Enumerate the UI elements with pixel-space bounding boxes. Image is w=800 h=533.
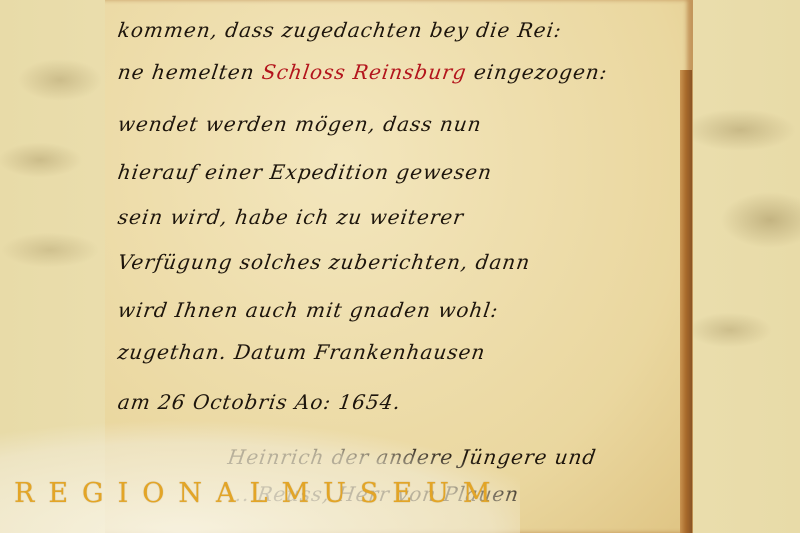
red-highlight-text: Schloss Reinsburg (260, 60, 468, 84)
text-line: Verfügung solches zuberichten, dann (116, 250, 532, 274)
text-segment: eingezogen: (472, 60, 609, 84)
text-segment: ne hemelten (116, 60, 256, 84)
text-line: hierauf einer Expedition gewesen (116, 160, 493, 184)
text-line: wendet werden mögen, dass nun (116, 112, 483, 136)
text-line: wird Ihnen auch mit gnaden wohl: (116, 298, 500, 322)
text-line: sein wird, habe ich zu weiterer (116, 205, 465, 229)
text-line: zugethan. Datum Frankenhausen (116, 340, 487, 364)
museum-logo: REGIONALMUSEUM (14, 478, 504, 509)
text-line: ne hemelten Schloss Reinsburg eingezogen… (116, 60, 609, 84)
text-line: kommen, dass zugedachten bey die Rei: (116, 18, 563, 42)
page-edge (680, 70, 692, 533)
